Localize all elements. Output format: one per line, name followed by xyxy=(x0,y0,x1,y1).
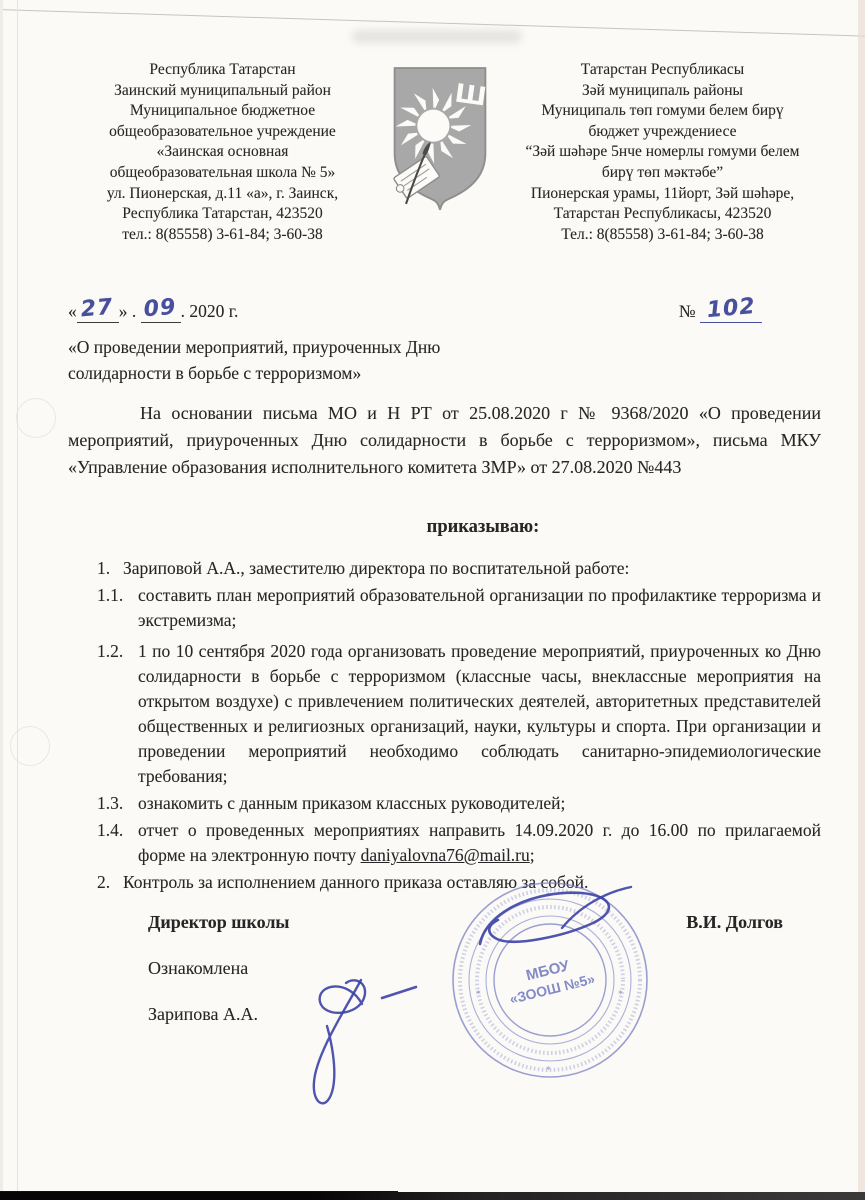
scan-edge-right xyxy=(858,0,865,1200)
date-day-blank: 27 xyxy=(77,300,119,323)
item-text: отчет о проведенных мероприятиях направи… xyxy=(68,818,821,868)
handwritten-day: 27 xyxy=(80,297,114,322)
date-year: . 2020 г. xyxy=(181,301,239,321)
svg-text:✶: ✶ xyxy=(617,988,624,997)
date-quote-close: » . xyxy=(119,301,137,321)
item-number: 1.3. xyxy=(97,791,123,816)
punch-hole-shadow xyxy=(10,726,50,766)
scan-smudge xyxy=(352,30,522,43)
item-number: 1.1. xyxy=(97,583,123,608)
org-name-russian: Республика Татарстан Заинский муниципаль… xyxy=(55,60,390,245)
list-item: 1.3. ознакомить с данным приказом классн… xyxy=(68,791,821,816)
scan-fold-line xyxy=(17,0,18,1200)
svg-text:✶: ✶ xyxy=(545,1064,552,1073)
order-subject: «О проведении мероприятий, приуроченных … xyxy=(68,334,568,386)
tamga-icon: Ш xyxy=(453,78,488,112)
org-name-tatar: Татарстан Республикасы Зәй муниципаль ра… xyxy=(495,60,830,245)
item-text: 1 по 10 сентября 2020 года организовать … xyxy=(68,639,821,789)
item-number: 2. xyxy=(97,870,110,895)
item-text-post: ; xyxy=(530,845,535,865)
order-date: «27» . 09. 2020 г. xyxy=(68,300,238,323)
sun-icon xyxy=(417,110,449,142)
handwritten-number: 102 xyxy=(705,296,756,322)
school-emblem: Ш xyxy=(388,62,492,214)
list-item: 1.1. составить план мероприятий образова… xyxy=(68,583,821,633)
zaripova-handwritten-signature xyxy=(282,968,427,1118)
email-address: daniyalovna76@mail.ru xyxy=(361,845,530,865)
director-handwritten-signature xyxy=(466,884,641,964)
director-name: В.И. Долгов xyxy=(686,912,783,933)
item-text: составить план мероприятий образовательн… xyxy=(68,583,821,633)
date-month-blank: 09 xyxy=(141,300,181,323)
scan-edge-bottom xyxy=(0,1192,865,1200)
acknowledged-name: Зарипова А.А. xyxy=(148,1004,258,1025)
order-preamble: На основании письма МО и Н РТ от 25.08.2… xyxy=(68,400,821,481)
date-quote-open: « xyxy=(68,301,77,321)
item-number: 1.4. xyxy=(97,818,123,843)
list-item: 1.4. отчет о проведенных мероприятиях на… xyxy=(68,818,821,868)
order-word: приказываю: xyxy=(68,517,820,538)
scan-edge-left xyxy=(0,0,3,1200)
acknowledged-label: Ознакомлена xyxy=(148,958,248,979)
order-items: 1. Зариповой А.А., заместителю директора… xyxy=(68,554,821,895)
item-number: 1.2. xyxy=(97,639,123,664)
number-blank: 102 xyxy=(700,300,762,323)
date-number-row: «27» . 09. 2020 г. № 102 xyxy=(68,292,820,332)
item-number: 1. xyxy=(97,556,110,581)
handwritten-month: 09 xyxy=(143,297,177,322)
scanned-order-document: Республика Татарстан Заинский муниципаль… xyxy=(0,0,865,1200)
list-item: 1.2. 1 по 10 сентября 2020 года организо… xyxy=(68,639,821,789)
number-label: № xyxy=(679,301,696,321)
item-text: ознакомить с данным приказом классных ру… xyxy=(68,791,821,816)
director-title: Директор школы xyxy=(148,912,290,933)
svg-text:✶: ✶ xyxy=(475,988,482,997)
order-number: № 102 xyxy=(679,300,762,323)
item-text: Зариповой А.А., заместителю директора по… xyxy=(68,556,821,581)
punch-hole-shadow xyxy=(16,398,56,438)
list-item: 1. Зариповой А.А., заместителю директора… xyxy=(68,556,821,581)
